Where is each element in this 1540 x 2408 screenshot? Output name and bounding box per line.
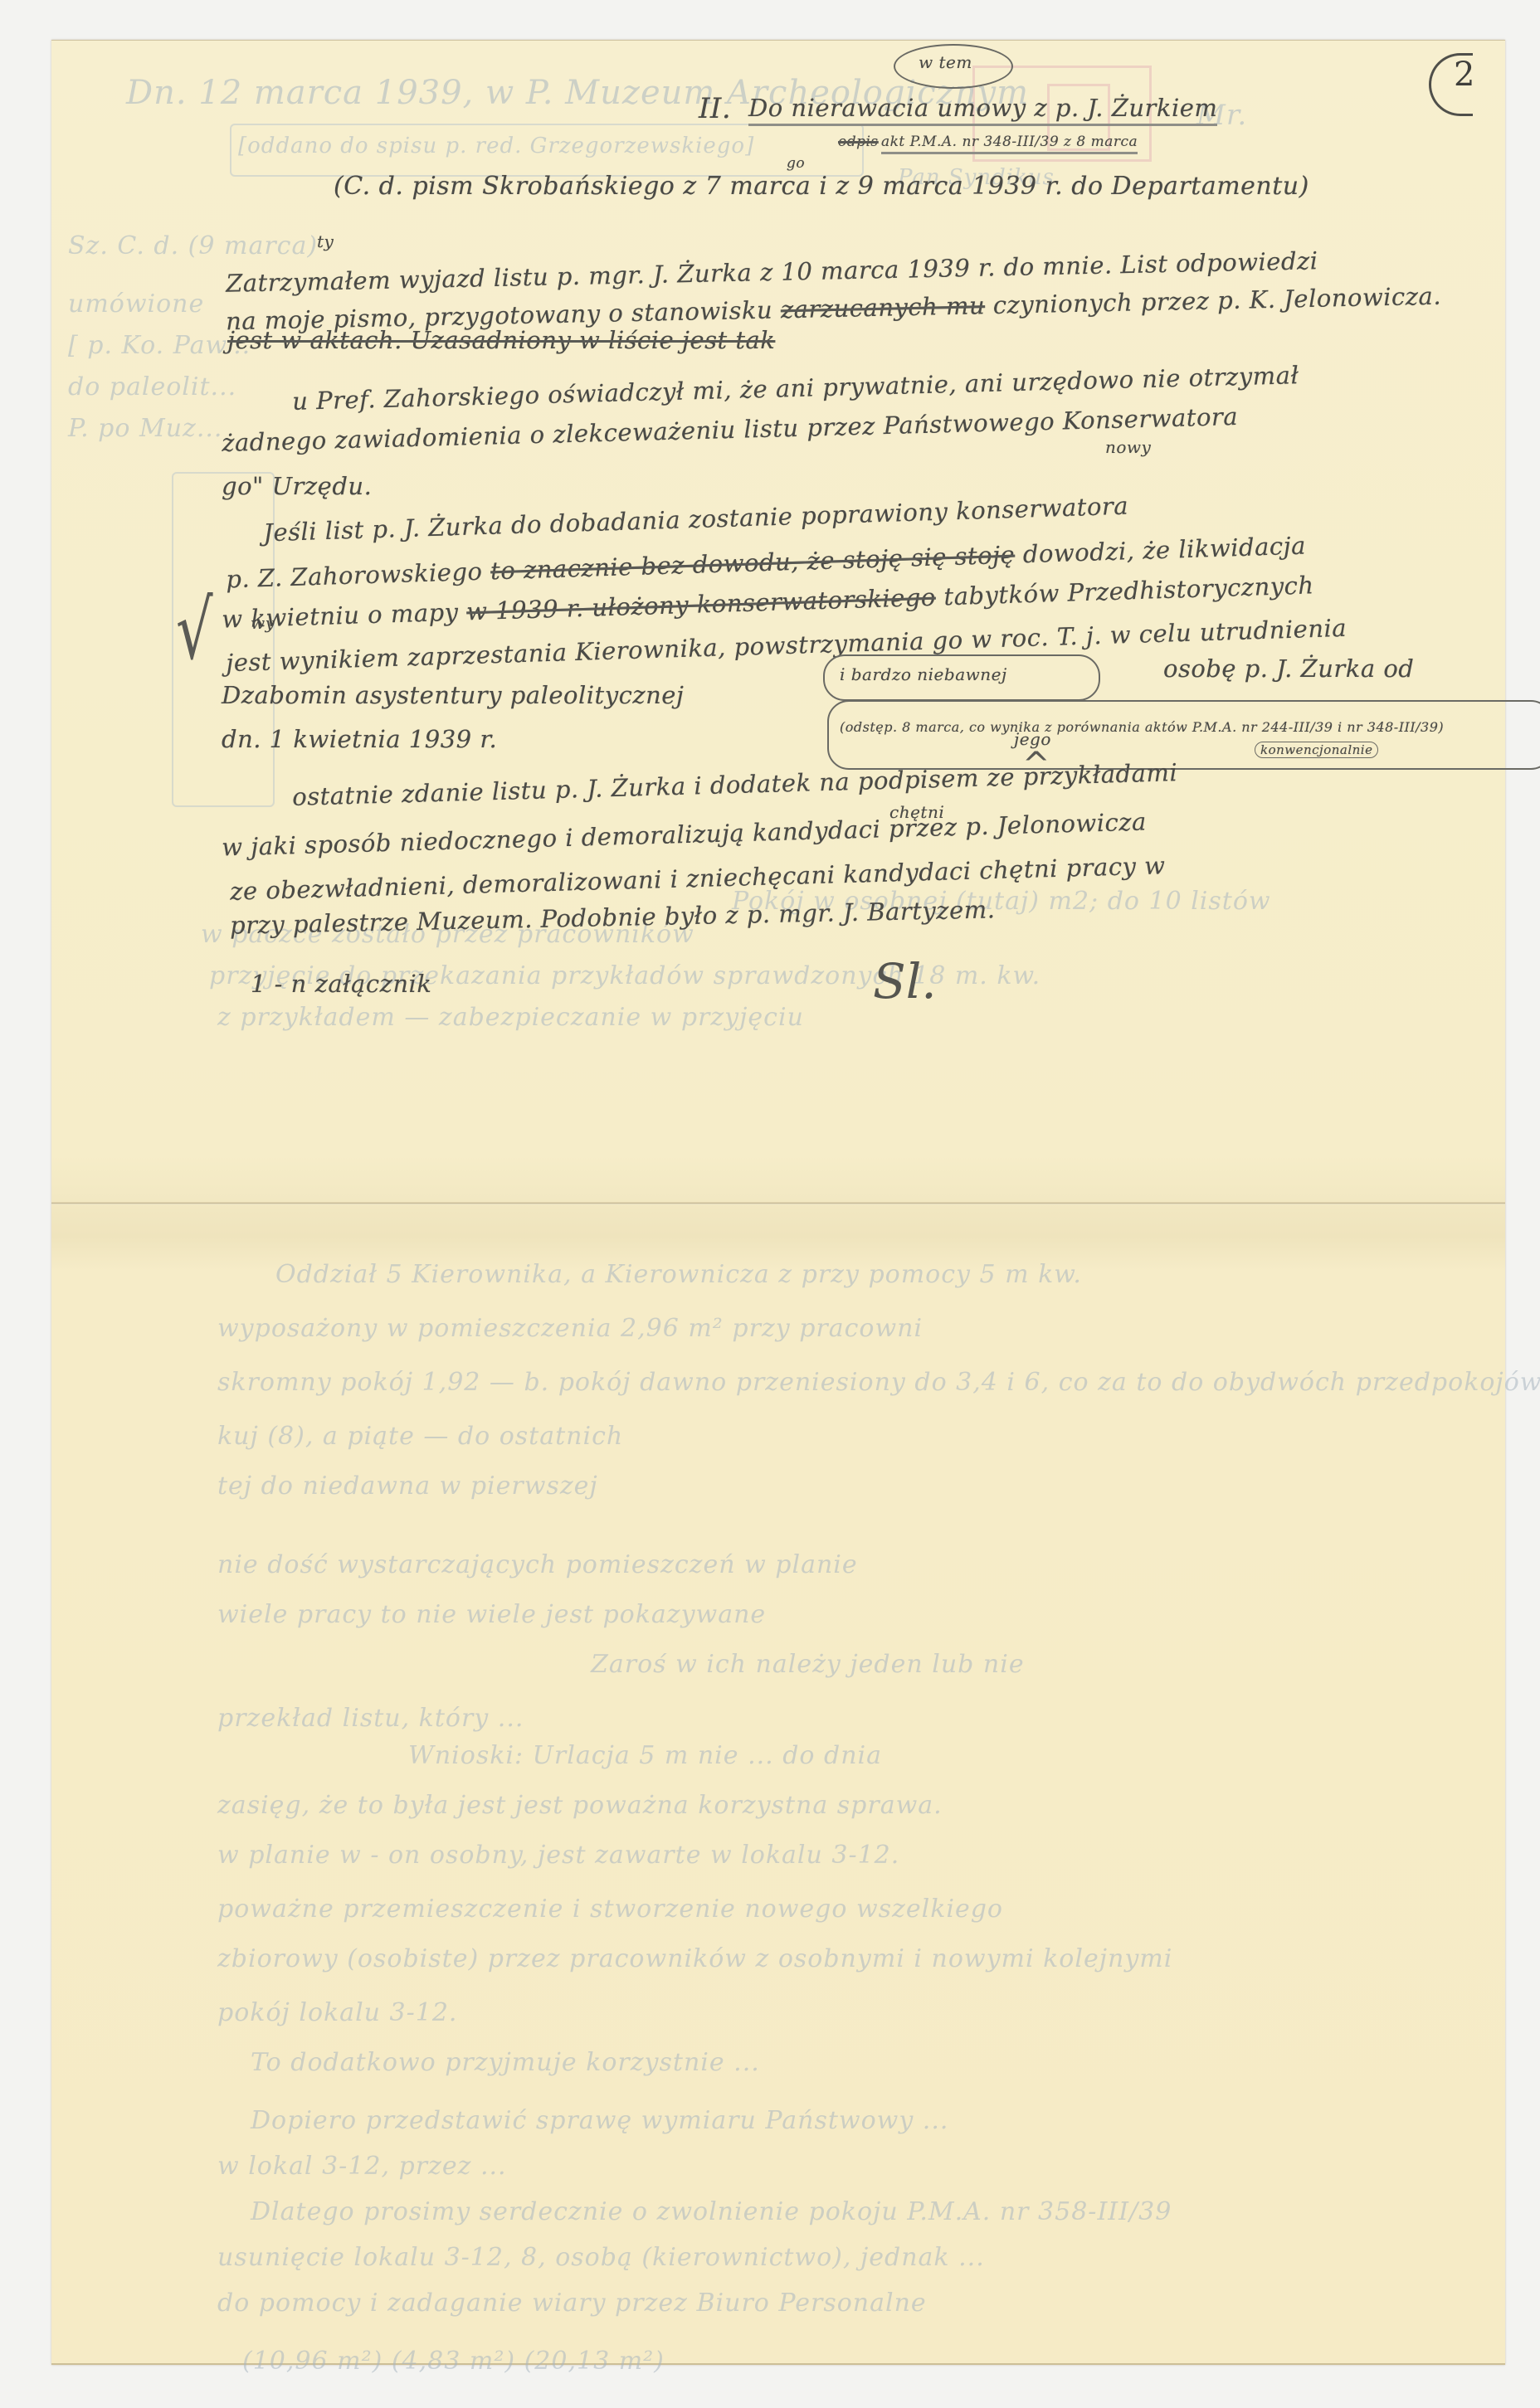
bubble-text-1: i bardzo niebawnej: [840, 664, 1007, 684]
margin-checkmark-icon: √: [176, 583, 213, 679]
bleed-lower-7: skromny pokój 1,92 — b. pokój dawno prze…: [217, 1368, 1540, 1397]
insertion-w-tem: w tem: [919, 52, 972, 72]
p3-insert-above: nowy: [1105, 437, 1151, 457]
p1-line-2-struck: zarzucanych mu: [781, 291, 986, 323]
p3-line-3-struck: w 1939 r. ułożony konserwatorskiego: [466, 583, 937, 626]
heading-title: Do nierawacia umowy z p. J. Żurkiem: [748, 94, 1217, 126]
bleed-lower-13: przekład listu, który ...: [217, 1704, 524, 1733]
subheading-superscript: go: [787, 155, 805, 172]
p1-line-2-after: czynionych przez p. K. Jelonowicza.: [992, 282, 1441, 319]
bleed-lower-25: do pomocy i zadaganie wiary przez Biuro …: [217, 2289, 927, 2318]
bleed-left-1: Sz. C. d. (9 marca): [68, 231, 318, 260]
p1-line-3-struck: jest w aktach. Uzasadniony w liście jest…: [227, 326, 775, 354]
heading-reference: akt P.M.A. nr 348-III/39 z 8 marca: [881, 134, 1138, 154]
bleed-lower-8: kuj (8), a piąte — do ostatnich: [217, 1422, 623, 1451]
heading-reference-struck: odpis: [838, 134, 879, 150]
bleed-lower-14: Wnioski: Urlacja 5 m nie ... do dnia: [408, 1741, 882, 1770]
bleed-lower-10: nie dość wystarczających pomieszczeń w p…: [217, 1550, 858, 1579]
p3-line-2-after: dowodzi, że likwidacja: [1022, 532, 1306, 569]
heading-numeral: II.: [699, 92, 731, 125]
heading-reference-struck-word: odpis: [838, 134, 879, 150]
bubble-text-3: konwencjonalnie: [1255, 742, 1378, 758]
bleed-lower-18: zbiorowy (osobiste) przez pracowników z …: [217, 1944, 1172, 1973]
bleed-lower-20: To dodatkowo przyjmuje korzystnie ...: [251, 2048, 760, 2077]
p5-line-2: w jaki sposób niedocznego i demoralizują…: [222, 807, 1148, 861]
bubble-date-reference: [827, 700, 1540, 770]
bleed-left-3: [ p. Ko. Paw...: [68, 331, 251, 360]
p2-line-3: go" Urzędu.: [222, 472, 372, 500]
bleed-top-line-2: [oddano do spisu p. red. Grzegorzewskieg…: [238, 134, 754, 158]
enclosure-note: 1 - n załącznik: [251, 970, 431, 998]
bleed-lower-16: w planie w - on osobny, jest zawarte w l…: [217, 1841, 899, 1870]
bleed-lower-19: pokój lokalu 3-12.: [217, 1998, 457, 2027]
p3-line-5-text: Dzabomin asystentury paleolitycznej: [222, 681, 684, 709]
bleed-lower-15: zasięg, że to była jest jest poważna kor…: [217, 1791, 943, 1820]
p3-line-5-after: osobę p. J. Żurka od: [1163, 654, 1414, 683]
p3-line-5: Dzabomin asystentury paleolitycznej: [222, 681, 684, 709]
paper-fold-line: [51, 1202, 1505, 1204]
bleed-lower-22: w lokal 3-12, przez ...: [217, 2152, 507, 2181]
bleed-left-2: umówione: [68, 289, 204, 319]
bleed-lower-12: Zaroś w ich należy jeden lub nie: [591, 1650, 1025, 1679]
scanned-manuscript-page: Dn. 12 marca 1939, w P. Muzeum Archeolog…: [51, 40, 1505, 2365]
bleed-lower-21: Dopiero przedstawić sprawę wymiaru Państ…: [251, 2106, 948, 2135]
p5-line-1: ostatnie zdanie listu p. J. Żurka i doda…: [292, 758, 1178, 811]
bleed-lower-23: Dlatego prosimy serdecznie o zwolnienie …: [251, 2197, 1172, 2226]
bleed-lower-26: (10,96 m²) (4,83 m²) (20,13 m²): [242, 2347, 665, 2376]
bleed-lower-4: z przykładem — zabezpieczanie w przyjęci…: [217, 1003, 804, 1032]
p3-line-4-insert: wy: [251, 613, 275, 633]
bleed-lower-11: wiele pracy to nie wiele jest pokazywane: [217, 1600, 766, 1629]
bleed-lower-24: usunięcie lokalu 3-12, 8, osobą (kierown…: [217, 2243, 985, 2272]
page-number: 2: [1454, 56, 1474, 94]
p3-line-3-after: tabytków Przedhistorycznych: [943, 571, 1314, 611]
p3-line-2-struck: to znacznie bez dowodu, że stoję się sto…: [490, 541, 1016, 586]
p3-line-1: Jeśli list p. J. Żurka do dobadania zost…: [263, 492, 1129, 547]
p1-insert-above: ty: [317, 231, 334, 251]
p4-line-1: dn. 1 kwietnia 1939 r.: [222, 725, 497, 753]
bleed-lower-17: poważne przemieszczenie i stworzenie now…: [217, 1895, 1003, 1924]
bleed-lower-9: tej do niedawna w pierwszej: [217, 1472, 598, 1501]
signature: Sl.: [873, 953, 937, 1009]
bleed-left-5: P. po Muz...: [68, 414, 222, 443]
bleed-lower-6: wyposażony w pomieszczenia 2,96 m² przy …: [217, 1314, 923, 1343]
subheading: (C. d. pism Skrobańskiego z 7 marca i z …: [334, 172, 1309, 201]
bleed-left-4: do paleolit...: [68, 372, 236, 401]
bubble-text-2: (odstęp. 8 marca, co wynika z porównania…: [840, 719, 1444, 735]
bleed-lower-5: Oddział 5 Kierownika, a Kierownicza z pr…: [275, 1260, 1082, 1289]
